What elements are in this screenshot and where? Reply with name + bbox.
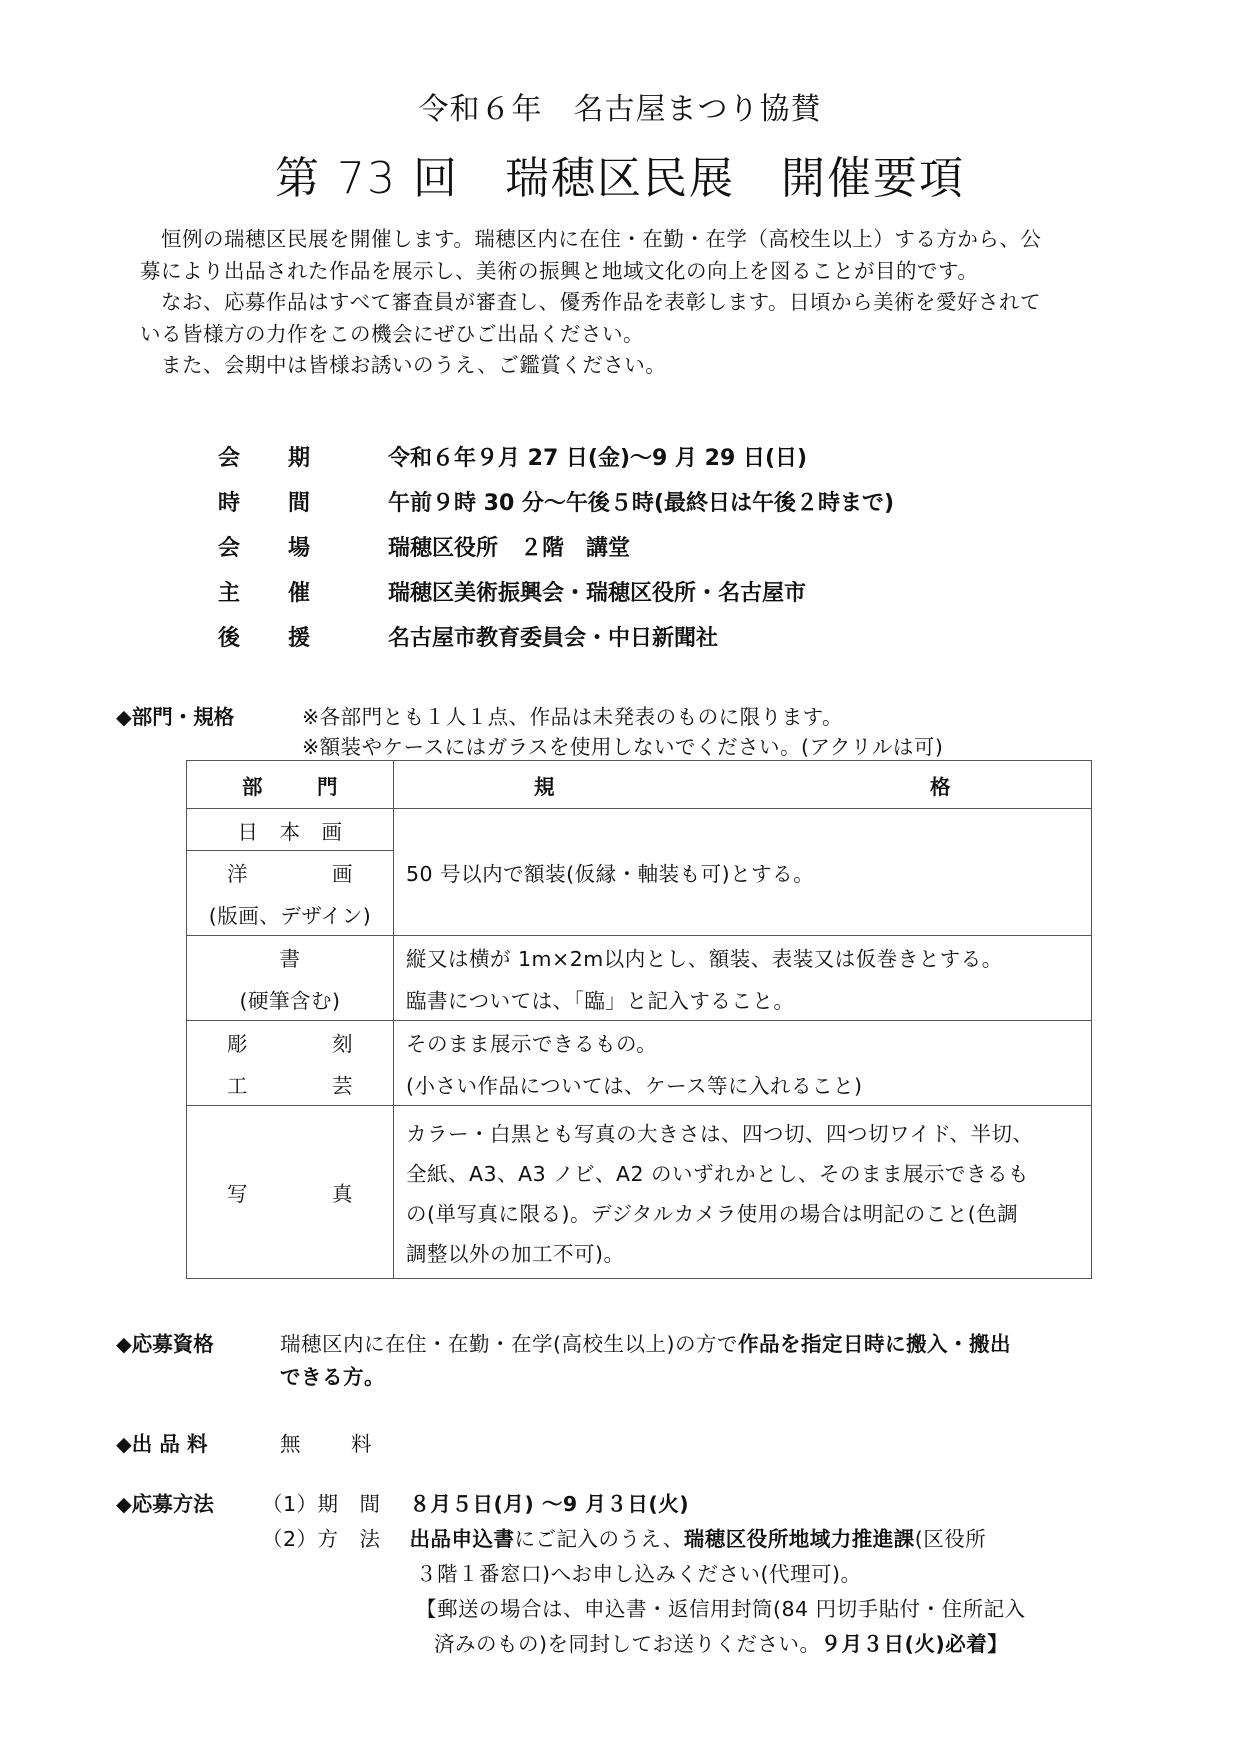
document-page: 令和６年 名古屋まつり協賛 第 73 回 瑞穂区民展 開催要項 恒例の瑞穂区民展… xyxy=(0,0,1240,1755)
info-value: 瑞穂区役所 ２階 講堂 xyxy=(388,531,630,562)
eligibility-heading: ◆応募資格 xyxy=(116,1327,214,1357)
categories-table: 部門 規格 日 本 画 50 号以内で額装(仮縁・軸装も可)とする。 洋画 (版… xyxy=(186,760,1092,1279)
fee-heading: ◆出 品 料 xyxy=(116,1427,208,1457)
info-label: 会 xyxy=(218,441,288,472)
info-label: 時 xyxy=(218,486,288,517)
table-header-spec: 規格 xyxy=(394,761,1092,809)
spec-sculpture-craft: そのまま展示できるもの。 (小さい作品については、ケース等に入れること) xyxy=(394,1021,1092,1106)
info-row-venue: 会場 瑞穂区役所 ２階 講堂 xyxy=(218,524,894,569)
intro-line: 募により出品された作品を展示し、美術の振興と地域文化の向上を図ることが目的です。 xyxy=(140,256,1120,288)
spec-photo: カラー・白黒とも写真の大きさは、四つ切、四つ切ワイド、半切、 全紙、A3、A3 … xyxy=(394,1106,1092,1279)
info-value: 令和６年９月 27 日(金)～9 月 29 日(日) xyxy=(388,441,807,472)
category-nihonga: 日 本 画 xyxy=(187,809,394,851)
info-label: 会 xyxy=(218,531,288,562)
categories-note: ※各部門とも１人１点、作品は未発表のものに限ります。 xyxy=(302,700,843,730)
spec-painting: 50 号以内で額装(仮縁・軸装も可)とする。 xyxy=(394,809,1092,936)
table-row: 書 (硬筆含む) 縦又は横が 1m×2m以内とし、額装、表装又は仮巻きとする。 … xyxy=(187,936,1092,1021)
category-photo: 写真 xyxy=(187,1106,394,1279)
table-header-category: 部門 xyxy=(187,761,394,809)
info-value: 午前９時 30 分～午後５時(最終日は午後２時まで) xyxy=(388,486,894,517)
info-row-organizer: 主催 瑞穂区美術振興会・瑞穂区役所・名古屋市 xyxy=(218,569,894,614)
intro-line: いる皆様方の力作をこの機会にぜひご出品ください。 xyxy=(140,319,1120,351)
fee-value: 無料 xyxy=(280,1427,372,1457)
eligibility-line1: 瑞穂区内に在住・在勤・在学(高校生以上)の方で作品を指定日時に搬入・搬出 xyxy=(280,1327,1011,1357)
eligibility-line2: できる方。 xyxy=(280,1360,385,1390)
info-label: 間 xyxy=(288,486,310,517)
info-value: 瑞穂区美術振興会・瑞穂区役所・名古屋市 xyxy=(388,576,806,607)
table-header-row: 部門 規格 xyxy=(187,761,1092,809)
info-row-hours: 時間 午前９時 30 分～午後５時(最終日は午後２時まで) xyxy=(218,479,894,524)
application-mail-line2: 済みのもの)を同封してお送りください。９月３日(火)必着】 xyxy=(434,1627,1008,1657)
application-heading: ◆応募方法 xyxy=(116,1487,214,1517)
info-label: 主 xyxy=(218,576,288,607)
categories-note: ※額装やケースにはガラスを使用しないでください。(アクリルは可) xyxy=(302,730,943,760)
application-period: （1）期 間８月５日(月) ～9 月３日(火) xyxy=(262,1487,689,1517)
intro-line: 恒例の瑞穂区民展を開催します。瑞穂区内に在住・在勤・在学（高校生以上）する方から… xyxy=(140,224,1120,256)
application-method: （2）方 法出品申込書にご記入のうえ、瑞穂区役所地域力推進課(区役所 xyxy=(262,1522,986,1552)
info-label: 期 xyxy=(288,441,310,472)
info-label: 場 xyxy=(288,531,310,562)
categories-heading: ◆部門・規格 xyxy=(116,700,234,730)
info-label: 後 xyxy=(218,621,288,652)
table-row: 日 本 画 50 号以内で額装(仮縁・軸装も可)とする。 xyxy=(187,809,1092,851)
info-label: 援 xyxy=(288,621,310,652)
document-title: 第 73 回 瑞穂区民展 開催要項 xyxy=(0,142,1240,206)
category-calligraphy: 書 (硬筆含む) xyxy=(187,936,394,1021)
application-mail-line1: 【郵送の場合は、申込書・返信用封筒(84 円切手貼付・住所記入 xyxy=(416,1592,1026,1622)
intro-line: また、会期中は皆様お誘いのうえ、ご鑑賞ください。 xyxy=(140,350,1120,382)
event-info-list: 会期 令和６年９月 27 日(金)～9 月 29 日(日) 時間 午前９時 30… xyxy=(218,434,894,659)
category-yoga: 洋画 (版画、デザイン) xyxy=(187,851,394,936)
spec-calligraphy: 縦又は横が 1m×2m以内とし、額装、表装又は仮巻きとする。 臨書については、「… xyxy=(394,936,1092,1021)
table-row: 彫刻 工芸 そのまま展示できるもの。 (小さい作品については、ケース等に入れるこ… xyxy=(187,1021,1092,1106)
info-value: 名古屋市教育委員会・中日新聞社 xyxy=(388,621,718,652)
intro-line: なお、応募作品はすべて審査員が審査し、優秀作品を表彰します。日頃から美術を愛好さ… xyxy=(140,287,1120,319)
intro-paragraph: 恒例の瑞穂区民展を開催します。瑞穂区内に在住・在勤・在学（高校生以上）する方から… xyxy=(140,224,1120,382)
info-row-support: 後援 名古屋市教育委員会・中日新聞社 xyxy=(218,614,894,659)
document-subtitle: 令和６年 名古屋まつり協賛 xyxy=(0,84,1240,128)
category-sculpture-craft: 彫刻 工芸 xyxy=(187,1021,394,1106)
table-row: 写真 カラー・白黒とも写真の大きさは、四つ切、四つ切ワイド、半切、 全紙、A3、… xyxy=(187,1106,1092,1279)
info-label: 催 xyxy=(288,576,310,607)
application-method-line2: ３階１番窓口)へお申し込みください(代理可)。 xyxy=(416,1557,862,1587)
info-row-period: 会期 令和６年９月 27 日(金)～9 月 29 日(日) xyxy=(218,434,894,479)
